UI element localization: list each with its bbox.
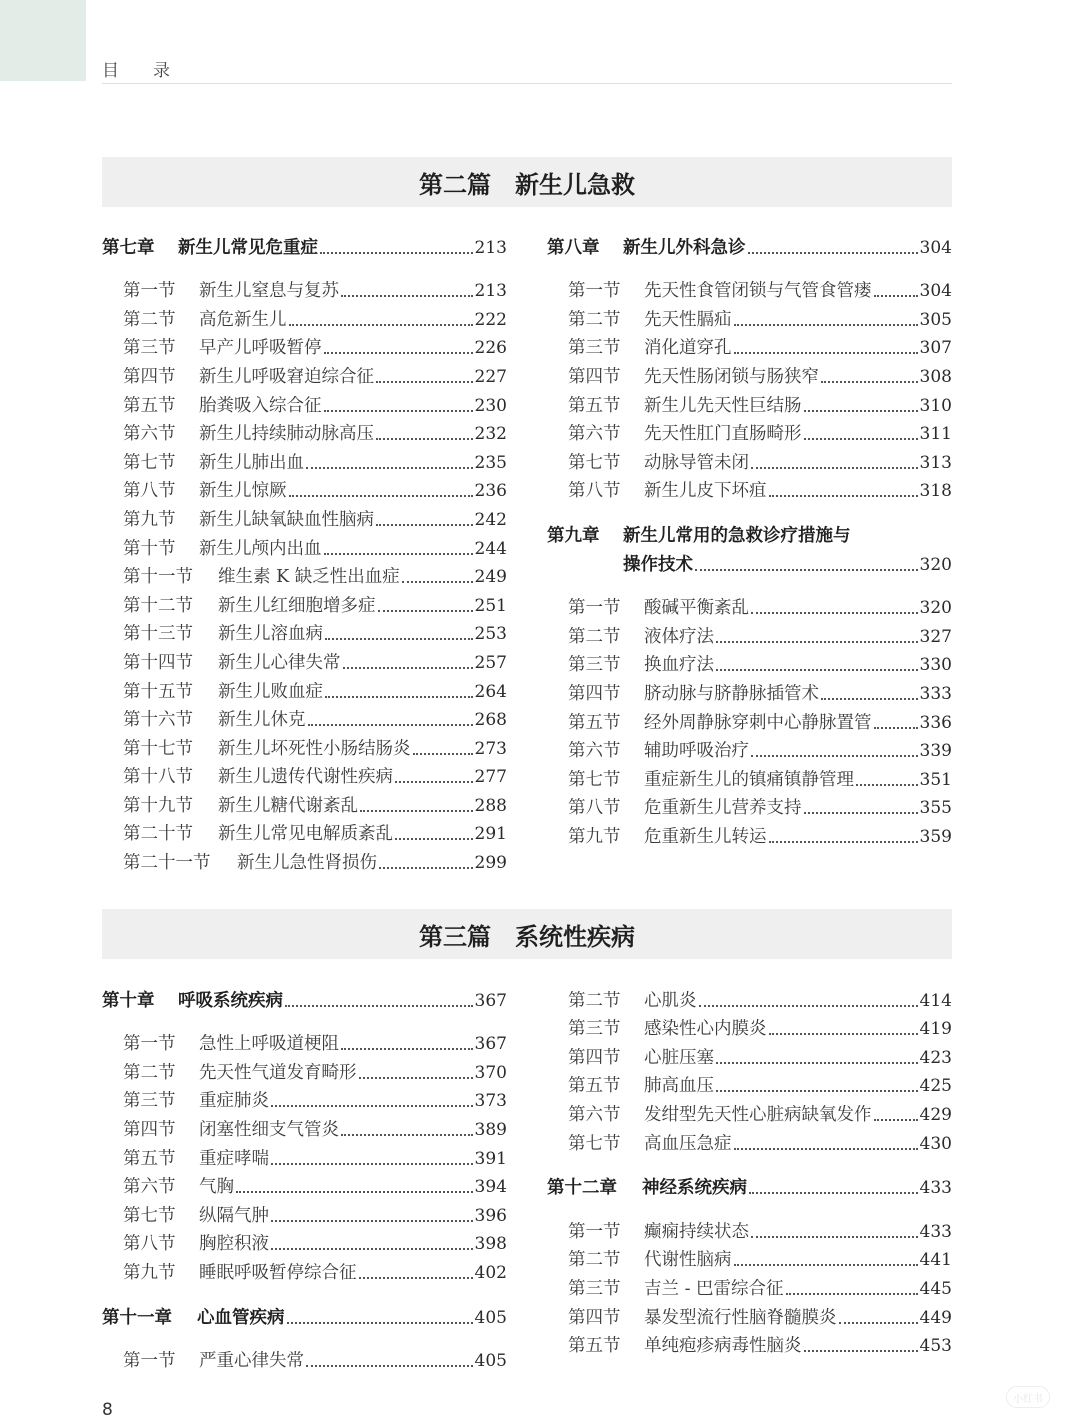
toc-section[interactable]: 第二节高危新生儿222 xyxy=(102,302,507,331)
toc-section[interactable]: 第十三节新生儿溶血病253 xyxy=(102,617,507,646)
toc-section[interactable]: 第九节新生儿缺氧缺血性脑病242 xyxy=(102,502,507,531)
toc-column-left-part3: 第十章 呼吸系统疾病 367 第一节急性上呼吸道梗阻367 第二节先天性气道发育… xyxy=(102,983,507,1372)
leader-dots xyxy=(786,1293,918,1295)
toc-section[interactable]: 第十二节新生儿红细胞增多症251 xyxy=(102,588,507,617)
toc-column-left: 第七章 新生儿常见危重症 213 第一节新生儿窒息与复苏213 第二节高危新生儿… xyxy=(102,230,507,874)
toc-section[interactable]: 第五节经外周静脉穿刺中心静脉置管336 xyxy=(547,705,952,734)
toc-section[interactable]: 第八节新生儿惊厥236 xyxy=(102,474,507,503)
toc-section[interactable]: 第五节新生儿先天性巨结肠310 xyxy=(547,388,952,417)
toc-section[interactable]: 第三节消化道穿孔307 xyxy=(547,331,952,360)
toc-section[interactable]: 第五节肺高血压425 xyxy=(547,1069,952,1098)
leader-dots xyxy=(324,352,473,354)
leader-dots xyxy=(341,295,473,297)
toc-section[interactable]: 第十四节新生儿心律失常257 xyxy=(102,645,507,674)
toc-section[interactable]: 第十八节新生儿遗传代谢性疾病277 xyxy=(102,760,507,789)
leader-dots xyxy=(289,495,473,497)
leader-dots xyxy=(271,1105,473,1107)
leader-dots xyxy=(749,1192,918,1194)
toc-section[interactable]: 第二节液体疗法327 xyxy=(547,619,952,648)
toc-section[interactable]: 第五节胎粪吸入综合征230 xyxy=(102,388,507,417)
toc-section[interactable]: 第九节危重新生儿转运359 xyxy=(547,819,952,848)
leader-dots xyxy=(395,781,473,783)
leader-dots xyxy=(341,1134,473,1136)
leader-dots xyxy=(716,1062,918,1064)
leader-dots xyxy=(306,467,473,469)
toc-section[interactable]: 第四节新生儿呼吸窘迫综合征227 xyxy=(102,359,507,388)
toc-section[interactable]: 第三节感染性心内膜炎419 xyxy=(547,1012,952,1041)
toc-section[interactable]: 第十九节新生儿糖代谢紊乱288 xyxy=(102,788,507,817)
leader-dots xyxy=(271,1220,473,1222)
leader-dots xyxy=(306,1365,473,1367)
leader-dots xyxy=(325,638,473,640)
header-title: 目录 xyxy=(102,56,204,81)
leader-dots xyxy=(271,1163,473,1165)
leader-dots xyxy=(320,252,473,254)
leader-dots xyxy=(716,641,918,643)
leader-dots xyxy=(695,569,918,571)
leader-dots xyxy=(734,352,918,354)
leader-dots xyxy=(716,669,918,671)
toc-column-right-part3: 第二节心肌炎414 第三节感染性心内膜炎419 第四节心脏压塞423 第五节肺高… xyxy=(547,983,952,1357)
toc-section[interactable]: 第七节重症新生儿的镇痛镇静管理351 xyxy=(547,762,952,791)
toc-section[interactable]: 第十六节新生儿休克268 xyxy=(102,703,507,732)
leader-dots xyxy=(236,1191,473,1193)
leader-dots xyxy=(287,1322,473,1324)
toc-section[interactable]: 第十节新生儿颅内出血244 xyxy=(102,531,507,560)
leader-dots xyxy=(285,1005,473,1007)
leader-dots xyxy=(748,252,918,254)
part-banner-2: 第二篇 新生儿急救 xyxy=(102,157,952,207)
toc-section[interactable]: 第十一节维生素 K 缺乏性出血症249 xyxy=(102,560,507,589)
toc-section[interactable]: 第四节心脏压塞423 xyxy=(547,1040,952,1069)
leader-dots xyxy=(734,324,918,326)
toc-section[interactable]: 第十七节新生儿坏死性小肠结肠炎273 xyxy=(102,731,507,760)
leader-dots xyxy=(804,1350,918,1352)
leader-dots xyxy=(804,410,918,412)
toc-section[interactable]: 第七节高血压急症430 xyxy=(547,1126,952,1155)
leader-dots xyxy=(751,467,918,469)
leader-dots xyxy=(804,438,918,440)
toc-section[interactable]: 第一节癫痫持续状态433 xyxy=(547,1214,952,1243)
leader-dots xyxy=(716,1090,918,1092)
leader-dots xyxy=(271,1248,473,1250)
leader-dots xyxy=(395,838,473,840)
leader-dots xyxy=(360,810,473,812)
toc-section[interactable]: 第八节新生儿皮下坏疽318 xyxy=(547,474,952,503)
toc-section[interactable]: 第二节心肌炎414 xyxy=(547,983,952,1012)
leader-dots xyxy=(324,410,473,412)
toc-section[interactable]: 第八节危重新生儿营养支持355 xyxy=(547,791,952,820)
toc-section[interactable]: 第六节新生儿持续肺动脉高压232 xyxy=(102,417,507,446)
toc-chapter-10[interactable]: 第十章 呼吸系统疾病 367 xyxy=(102,983,507,1012)
toc-chapter-7[interactable]: 第七章 新生儿常见危重症 213 xyxy=(102,230,507,259)
toc-section[interactable]: 第三节吉兰 - 巴雷综合征445 xyxy=(547,1271,952,1300)
toc-section[interactable]: 第七节动脉导管未闭313 xyxy=(547,445,952,474)
toc-section[interactable]: 第一节严重心律失常405 xyxy=(102,1344,507,1373)
toc-section[interactable]: 第四节暴发型流行性脑脊髓膜炎449 xyxy=(547,1300,952,1329)
toc-section[interactable]: 第七节纵隔气肿396 xyxy=(102,1198,507,1227)
toc-section[interactable]: 第三节早产儿呼吸暂停226 xyxy=(102,331,507,360)
toc-section[interactable]: 第九节睡眠呼吸暂停综合征402 xyxy=(102,1255,507,1284)
leader-dots xyxy=(874,727,918,729)
part-banner-3: 第三篇 系统性疾病 xyxy=(102,909,952,959)
leader-dots xyxy=(376,524,473,526)
leader-dots xyxy=(751,1236,918,1238)
toc-section[interactable]: 第三节重症肺炎373 xyxy=(102,1084,507,1113)
toc-section[interactable]: 第三节换血疗法330 xyxy=(547,648,952,677)
leader-dots xyxy=(378,610,473,612)
toc-section[interactable]: 第一节新生儿窒息与复苏213 xyxy=(102,274,507,303)
toc-section[interactable]: 第六节先天性肛门直肠畸形311 xyxy=(547,417,952,446)
page-number: 8 xyxy=(102,1400,113,1420)
leader-dots xyxy=(751,612,918,614)
leader-dots xyxy=(874,1119,918,1121)
leader-dots xyxy=(821,698,918,700)
toc-section[interactable]: 第二节先天性气道发育畸形370 xyxy=(102,1055,507,1084)
toc-chapter-9-continued[interactable]: 操作技术 320 xyxy=(547,547,952,576)
leader-dots xyxy=(289,324,473,326)
toc-section[interactable]: 第四节先天性肠闭锁与肠狭窄308 xyxy=(547,359,952,388)
toc-section[interactable]: 第四节闭塞性细支气管炎389 xyxy=(102,1112,507,1141)
leader-dots xyxy=(699,1005,918,1007)
leader-dots xyxy=(734,1148,918,1150)
toc-section[interactable]: 第四节脐动脉与脐静脉插管术333 xyxy=(547,676,952,705)
toc-section[interactable]: 第六节发绀型先天性心脏病缺氧发作429 xyxy=(547,1097,952,1126)
toc-section[interactable]: 第二节先天性膈疝305 xyxy=(547,302,952,331)
toc-section[interactable]: 第六节气胸394 xyxy=(102,1170,507,1199)
toc-chapter-9[interactable]: 第九章 新生儿常用的急救诊疗措施与 xyxy=(547,518,952,547)
toc-section[interactable]: 第七节新生儿肺出血235 xyxy=(102,445,507,474)
toc-chapter-12[interactable]: 第十二章 神经系统疾病 433 xyxy=(547,1171,952,1200)
toc-section[interactable]: 第六节辅助呼吸治疗339 xyxy=(547,734,952,763)
leader-dots xyxy=(324,553,473,555)
running-header: 目录 xyxy=(102,54,952,84)
part-title: 第二篇 新生儿急救 xyxy=(419,165,635,200)
leader-dots xyxy=(821,381,918,383)
leader-dots xyxy=(376,438,473,440)
leader-dots xyxy=(359,1277,473,1279)
leader-dots xyxy=(359,1077,473,1079)
leader-dots xyxy=(341,1048,473,1050)
toc-section[interactable]: 第五节重症哮喘391 xyxy=(102,1141,507,1170)
leader-dots xyxy=(769,841,918,843)
leader-dots xyxy=(343,667,473,669)
toc-section[interactable]: 第五节单纯疱疹病毒性脑炎453 xyxy=(547,1329,952,1358)
toc-section[interactable]: 第八节胸腔积液398 xyxy=(102,1227,507,1256)
toc-section[interactable]: 第十五节新生儿败血症264 xyxy=(102,674,507,703)
leader-dots xyxy=(874,295,918,297)
leader-dots xyxy=(856,784,918,786)
toc-chapter-8[interactable]: 第八章 新生儿外科急诊 304 xyxy=(547,230,952,259)
leader-dots xyxy=(751,755,918,757)
toc-section[interactable]: 第二十节新生儿常见电解质紊乱291 xyxy=(102,817,507,846)
leader-dots xyxy=(804,812,918,814)
toc-section[interactable]: 第一节急性上呼吸道梗阻367 xyxy=(102,1027,507,1056)
toc-section[interactable]: 第二节代谢性脑病441 xyxy=(547,1243,952,1272)
corner-tab-decoration xyxy=(0,0,86,81)
leader-dots xyxy=(769,495,918,497)
leader-dots xyxy=(839,1322,918,1324)
watermark-logo: 小红书 xyxy=(1006,1386,1050,1408)
leader-dots xyxy=(734,1264,918,1266)
leader-dots xyxy=(308,724,473,726)
part-title: 第三篇 系统性疾病 xyxy=(419,917,635,952)
toc-section[interactable]: 第一节先天性食管闭锁与气管食管瘘304 xyxy=(547,274,952,303)
leader-dots xyxy=(325,696,473,698)
toc-chapter-11[interactable]: 第十一章 心血管疾病 405 xyxy=(102,1300,507,1329)
leader-dots xyxy=(769,1033,918,1035)
toc-column-right: 第八章 新生儿外科急诊 304 第一节先天性食管闭锁与气管食管瘘304 第二节先… xyxy=(547,230,952,848)
leader-dots xyxy=(379,867,473,869)
leader-dots xyxy=(376,381,473,383)
leader-dots xyxy=(402,581,473,583)
leader-dots xyxy=(413,753,473,755)
toc-section[interactable]: 第一节酸碱平衡紊乱320 xyxy=(547,591,952,620)
toc-section[interactable]: 第二十一节新生儿急性肾损伤299 xyxy=(102,845,507,874)
